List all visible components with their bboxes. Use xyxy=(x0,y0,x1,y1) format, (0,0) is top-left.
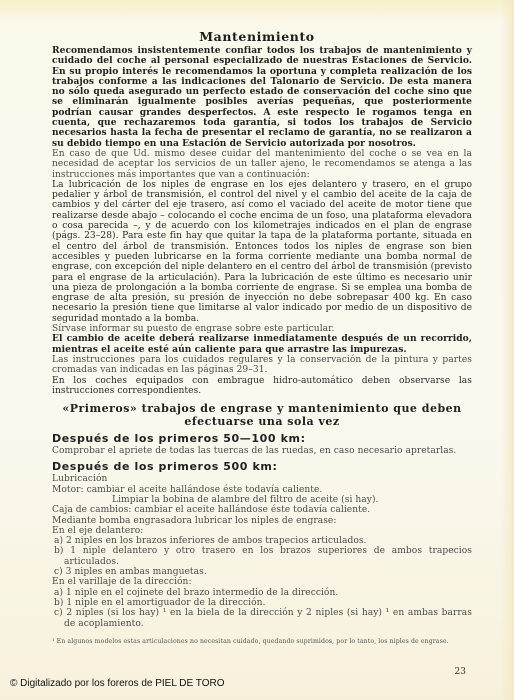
credit-watermark: © Digitalizado por los foreros de PIEL D… xyxy=(10,678,225,689)
motor-line: Motor: cambiar el aceite hallándose éste… xyxy=(52,485,472,495)
dir-label: En el varillaje de la dirección: xyxy=(52,577,472,587)
content-column: Recomendamos insistentemente confiar tod… xyxy=(52,46,472,645)
eje-item-a: a) 2 niples en los brazos inferiores de … xyxy=(52,536,472,546)
intro-paragraph-6: Las instrucciones para los cuidados regu… xyxy=(52,355,472,376)
first-100km-text: Comprobar el apriete de todas las tuerca… xyxy=(52,446,472,456)
dir-item-b: b) 1 niple en el amortiguador de la dire… xyxy=(52,598,472,608)
eje-item-c: c) 3 niples en ambas manguetas. xyxy=(52,567,472,577)
bomba-line: Mediante bomba engrasadora lubricar los … xyxy=(52,516,472,526)
page-edge-shadow xyxy=(500,0,514,700)
eje-label: En el eje delantero: xyxy=(52,526,472,536)
heading-first-500km: Después de los primeros 500 km: xyxy=(52,460,472,474)
intro-paragraph-5: El cambio de aceite deberá realizarse in… xyxy=(52,334,472,355)
motor-line-2: Limpiar la bobina de alambre del filtro … xyxy=(52,495,472,505)
footnote: ¹ En algunos modelos estas articulacione… xyxy=(52,638,472,645)
eje-item-b: b) 1 niple delantero y otro trasero en l… xyxy=(52,546,472,567)
intro-paragraph-2: En caso de que Ud. mismo desee cuidar de… xyxy=(52,149,472,180)
dir-item-c: c) 2 niples (si los hay) ¹ en la biela d… xyxy=(52,608,472,629)
intro-paragraph-7: En los coches equipados con embrague hid… xyxy=(52,376,472,397)
lubricacion-label: Lubricación xyxy=(52,474,472,484)
section-heading-line-2: efectuarse una sola vez xyxy=(52,415,472,428)
dir-item-a: a) 1 niple en el cojinete del brazo inte… xyxy=(52,588,472,598)
caja-line: Caja de cambios: cambiar el aceite hallá… xyxy=(52,505,472,515)
intro-paragraph-1: Recomendamos insistentemente confiar tod… xyxy=(52,46,472,149)
page-title: Mantenimiento xyxy=(0,29,514,44)
heading-first-100km: Después de los primeros 50—100 km: xyxy=(52,432,472,446)
section-heading: «Primeros» trabajos de engrase y manteni… xyxy=(52,402,472,428)
intro-paragraph-3: La lubricación de los niples de engrase … xyxy=(52,180,472,324)
document-page: Mantenimiento Recomendamos insistentemen… xyxy=(0,0,514,700)
section-heading-line-1: «Primeros» trabajos de engrase y manteni… xyxy=(52,402,472,415)
page-number: 23 xyxy=(455,667,466,677)
